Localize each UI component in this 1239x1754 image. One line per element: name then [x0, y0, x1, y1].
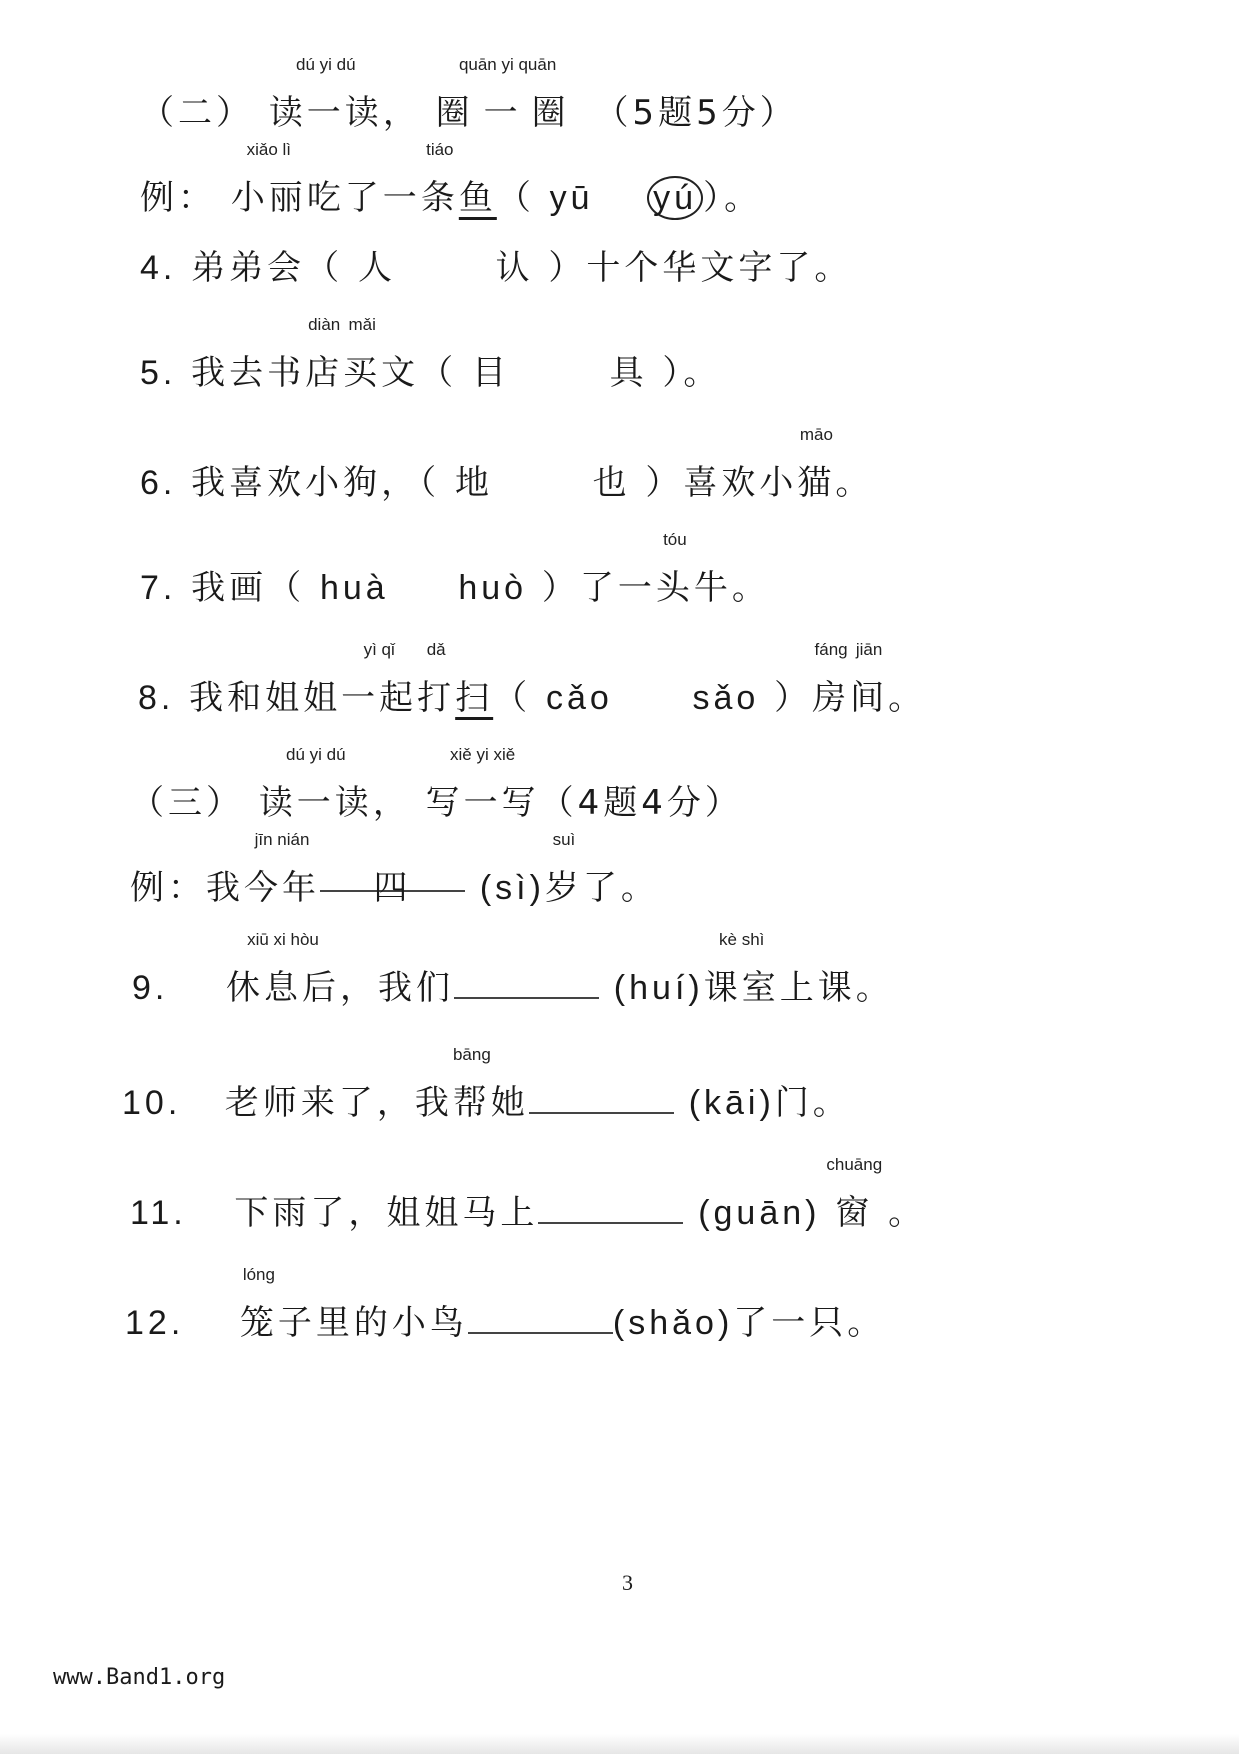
section-3-example: 例：我jīn nián今年四 (sì)suì岁了。: [130, 860, 659, 909]
question-10: 10. 老师来了，我bāng帮她 (kāi)门。: [122, 1075, 851, 1124]
paren: （: [497, 178, 535, 218]
page-number: 3: [622, 1570, 633, 1596]
question-8: 8. 我和姐姐yì qǐ一起dǎ打扫（ cǎo sǎo ）fáng房jiān间。: [138, 670, 926, 719]
pinyin-hint: (sì): [480, 869, 545, 907]
question-9: 9. xiū xi hòu休息后，我们 (huí)kè shì课室上课。: [132, 960, 894, 1009]
question-text: ）十个华文字了。: [548, 248, 852, 288]
question-text: 了。: [583, 868, 659, 908]
example-prefix: 例：: [140, 178, 216, 218]
option-unselected[interactable]: yū: [550, 179, 594, 217]
section-2-example: 例： xiǎo lì小丽吃了一tiáo条鱼（ yū yú）。: [140, 170, 762, 220]
option-a[interactable]: 目: [472, 353, 510, 393]
section-score: （4题4分）: [540, 783, 743, 823]
answer-blank[interactable]: [454, 967, 599, 999]
pinyin-word: tóu头: [656, 560, 694, 609]
question-6: 6. 我喜欢小狗，（ 地 也 ）喜欢小māo猫。: [140, 455, 873, 504]
pinyin-hint: (guān): [698, 1194, 820, 1232]
section-label: （三）: [130, 783, 244, 823]
pinyin-word: chuāng窗: [835, 1185, 873, 1234]
question-text: 文（: [381, 353, 457, 393]
website-watermark: www.Band1.org: [53, 1665, 225, 1690]
question-text: ，我们: [340, 968, 454, 1008]
option-b[interactable]: 具: [610, 353, 648, 393]
question-text: 我去书: [191, 353, 305, 393]
question-12: 12. lóng笼子里的小鸟(shǎo)了一只。: [125, 1295, 885, 1344]
question-text: 子里的小鸟: [278, 1303, 468, 1343]
worksheet-page: （二） dú yi dú读一读， quān yi quān圈一圈 （5题5分） …: [0, 0, 1239, 1754]
pinyin-hint: (huí): [614, 969, 704, 1007]
option-a[interactable]: cǎo: [546, 679, 613, 717]
question-text: 我喜欢小狗，（: [191, 463, 440, 503]
question-number: 12.: [125, 1304, 184, 1342]
pinyin-word: māo猫: [797, 455, 835, 504]
pinyin-word: fáng房: [812, 670, 850, 719]
pinyin-hint: (shǎo): [613, 1304, 733, 1342]
comma: ，: [373, 783, 411, 823]
pinyin-hint: (kāi): [689, 1084, 775, 1122]
scan-edge: [0, 1734, 1239, 1754]
question-number: 7.: [140, 569, 176, 607]
underlined-char: 扫: [455, 678, 493, 718]
pinyin-word: mǎi买: [343, 345, 381, 394]
pinyin-word: kè shì课室: [704, 960, 780, 1009]
question-text: ）了一: [542, 568, 656, 608]
pinyin-word: jīn nián今年: [244, 860, 320, 909]
question-text: 下雨了，姐姐马上: [234, 1193, 538, 1233]
option-a[interactable]: 地: [455, 463, 493, 503]
pinyin-word: tiáo条: [421, 170, 459, 219]
section-score: （5题5分）: [594, 93, 797, 133]
question-text: 门。: [775, 1083, 851, 1123]
pinyin-word: suì岁: [545, 860, 583, 909]
section-3-heading: （三） dú yi dú读一读， xiě yi xiě写一写（4题4分）: [130, 775, 743, 824]
question-text: ）喜欢小: [645, 463, 797, 503]
question-11: 11. 下雨了，姐姐马上 (guān) chuāng窗 。: [130, 1185, 926, 1234]
option-a[interactable]: huà: [320, 569, 389, 607]
answer-blank[interactable]: [529, 1082, 674, 1114]
pinyin-word: quān yi quān圈一圈: [436, 85, 580, 134]
underlined-char: 鱼: [459, 178, 497, 218]
comma: ，: [383, 93, 421, 133]
pinyin-word: yì qǐ一起: [341, 670, 417, 719]
question-text: 。: [888, 678, 926, 718]
question-text: 我和姐姐: [189, 678, 341, 718]
text: 吃了一: [307, 178, 421, 218]
question-text: 牛。: [694, 568, 770, 608]
question-text: ）。: [662, 353, 721, 393]
pinyin-word: dú yi dú读一读: [269, 85, 383, 134]
pinyin-word: diàn店: [305, 345, 343, 394]
answer-blank[interactable]: [538, 1192, 683, 1224]
option-a[interactable]: 人: [358, 248, 396, 288]
question-text: 我: [206, 868, 244, 908]
option-b[interactable]: sǎo: [692, 679, 759, 717]
question-text: 我画（: [191, 568, 305, 608]
option-b[interactable]: 认: [496, 248, 534, 288]
paren: ）: [774, 678, 812, 718]
pinyin-word: xiū xi hòu休息后: [226, 960, 340, 1009]
option-b[interactable]: 也: [593, 463, 631, 503]
question-number: 4.: [140, 249, 176, 287]
question-number: 6.: [140, 464, 176, 502]
pinyin-word: dǎ打: [417, 670, 455, 719]
paren: ）。: [703, 178, 762, 218]
question-text: 老师来了，我: [225, 1083, 453, 1123]
option-b[interactable]: huò: [458, 569, 527, 607]
question-number: 9.: [132, 969, 168, 1007]
question-4: 4. 弟弟会（ 人 认 ）十个华文字了。: [140, 240, 852, 289]
pinyin-word: jiān间: [850, 670, 888, 719]
question-text: 。: [888, 1193, 926, 1233]
option-circled[interactable]: yú: [647, 176, 703, 220]
pinyin-word: lóng笼: [240, 1295, 278, 1344]
question-number: 11.: [130, 1194, 187, 1232]
question-5: 5. 我去书diàn店mǎi买文（ 目 具 ）。: [140, 345, 721, 394]
question-text: 了一只。: [733, 1303, 885, 1343]
pinyin-word: bāng帮: [453, 1075, 491, 1124]
question-number: 8.: [138, 679, 174, 717]
pinyin-word: dú yi dú读一读: [259, 775, 373, 824]
question-text: 上课。: [780, 968, 894, 1008]
example-prefix: 例：: [130, 868, 206, 908]
answer-blank[interactable]: [468, 1302, 613, 1334]
question-text: 弟弟会（: [191, 248, 343, 288]
pinyin-word: xiǎo lì小丽: [231, 170, 307, 219]
pinyin-word: xiě yi xiě写一写: [426, 775, 540, 824]
question-text: 。: [835, 463, 873, 503]
paren: （: [493, 678, 531, 718]
question-7: 7. 我画（ huà huò ）了一tóu头牛。: [140, 560, 770, 609]
section-label: （二）: [140, 93, 254, 133]
question-number: 10.: [122, 1084, 181, 1122]
question-number: 5.: [140, 354, 176, 392]
section-2-heading: （二） dú yi dú读一读， quān yi quān圈一圈 （5题5分）: [140, 85, 798, 134]
answer-blank-filled[interactable]: 四: [320, 860, 465, 892]
question-text: 她: [491, 1083, 529, 1123]
